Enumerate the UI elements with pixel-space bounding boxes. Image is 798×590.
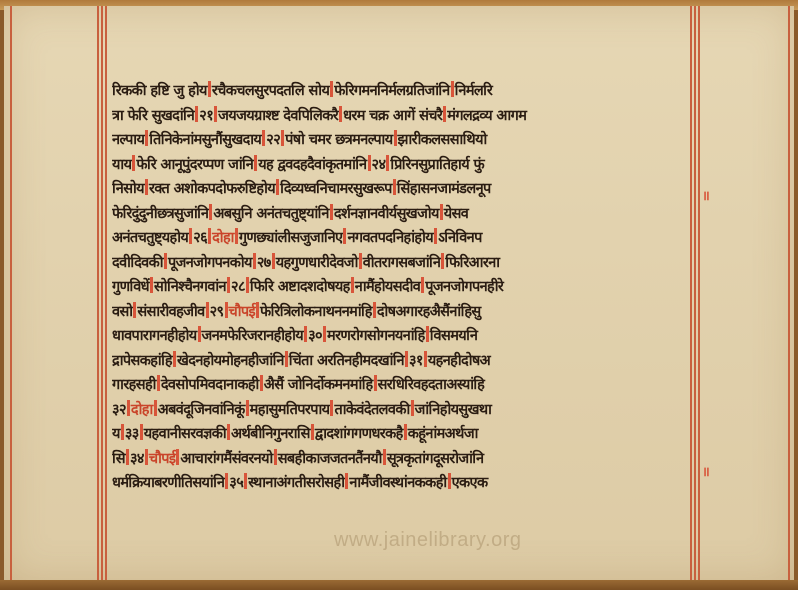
text-segment: नगवतपदनिहांहोय [347,230,433,246]
red-danda-mark [127,400,130,416]
text-segment: नामैंजीवस्थांनककही [349,475,446,491]
text-segment: २९ [210,304,224,320]
text-segment: अनंतचतुष्ट्यहोय [112,230,188,246]
text-segment: २६ [193,230,207,246]
text-segment: अर्थबीनिगुनरासि [231,426,310,442]
left-margin-rule-2 [101,6,103,582]
red-danda-mark [359,253,362,269]
text-segment: सिंहासनजामंडलनूप [397,181,491,197]
red-danda-mark [424,351,427,367]
manuscript-line: नल्पायतिनिकेनांमसुनौंसुखदाय२२पंषो चमर छत… [112,128,702,153]
red-danda-mark [256,302,259,318]
red-danda-mark [330,400,333,416]
manuscript-line: सि३४चौपईआचारांगमैंसंवरनयोसबहीकाजजतनतैंनय… [112,447,702,472]
red-danda-mark [132,155,135,171]
red-danda-mark [208,81,211,97]
red-danda-mark [189,228,192,244]
text-segment: जनमफेरिजरानहीहोय [202,328,304,344]
manuscript-line: दवीदिवकीपूजनजोगपनकोय२७यहगुणधारीदेवजोवीतर… [112,251,702,276]
rubric-heading: दोहा [212,230,234,246]
red-danda-mark [434,228,437,244]
red-danda-mark [225,473,228,489]
manuscript-line: यायफेरि आनूपुंदरप्पण जांनियह द्ववदहदैवां… [112,153,702,178]
red-danda-mark [260,375,263,391]
red-danda-mark [126,449,129,465]
text-segment: य [112,426,120,442]
text-segment: २८ [231,279,245,295]
text-segment: यहनहीदोषअ [428,353,490,369]
text-segment: अबवंदूजिनवांनिकूं [158,402,245,418]
red-danda-mark [448,473,451,489]
text-segment: सबहीकाजजतनतैंनयौ [278,451,382,467]
red-danda-mark [254,155,257,171]
red-danda-mark [209,204,212,220]
red-danda-mark [285,351,288,367]
left-margin-rule-3 [105,6,107,582]
text-segment: द्वादशांगगणधरकहै [315,426,403,442]
red-danda-mark [235,228,238,244]
margin-danda-mark: ॥ [702,462,710,480]
text-segment: फेरिदुंदुनीछत्रसुजांनि [112,206,208,222]
red-danda-mark [411,400,414,416]
red-danda-mark [393,179,396,195]
manuscript-line: य३३यहवानीसरवज्ञकीअर्थबीनिगुनरासिद्वादशां… [112,422,702,447]
manuscript-line: गुणविधेंसोनिश्चैनगवांन२८फिरि अष्टादशदोषय… [112,275,702,300]
text-segment: दोषअगारहअैसैंनांहिसु [377,304,481,320]
text-segment: ताकेवंदेतलवकी [334,402,409,418]
red-danda-mark [383,449,386,465]
red-danda-mark [323,326,326,342]
text-segment: सूत्रकृतांगदूसरोजांनि [387,451,484,467]
text-segment: २२ [266,132,280,148]
manuscript-line: फेरिदुंदुनीछत्रसुजांनिअबसुनि अनंतचतुष्ट्… [112,202,702,227]
left-margin-rule-1 [97,6,99,582]
text-segment: अैसैं जोनिर्दोकमनमांहि [264,377,373,393]
text-segment: एकएक [452,475,488,491]
wooden-surface-bottom [0,580,798,590]
rubric-heading: चौपई [149,451,176,467]
text-segment: येसव [444,206,468,222]
red-danda-mark [451,81,454,97]
text-segment: नल्पाय [112,132,144,148]
text-segment: दिव्यध्वनिचामरसुखरूप [280,181,392,197]
margin-danda-mark: ॥ [702,186,710,204]
text-segment: स्थानाअंगतीसरोसही [248,475,344,491]
red-danda-mark [246,400,249,416]
red-danda-mark [157,375,160,391]
text-segment: संसारीवहजीव [137,304,204,320]
red-danda-mark [441,253,444,269]
red-danda-mark [426,326,429,342]
red-danda-mark [345,473,348,489]
manuscript-line: निसोयरक्त अशोकपदोफरुष्टिहोयदिव्यध्वनिचाम… [112,177,702,202]
red-danda-mark [281,130,284,146]
text-segment: फेरिगमननिर्मलग्रतिजांनि [334,83,449,99]
red-danda-mark [404,424,407,440]
text-segment: प्रिरिनसुप्रातिहार्य फुं [390,157,484,173]
red-danda-mark [246,277,249,293]
red-danda-mark [440,204,443,220]
text-segment: वसो [112,304,132,320]
text-segment: धावपारागनहीहोय [112,328,197,344]
text-segment: गुणविधें [112,279,149,295]
text-segment: निर्मलरि [455,83,493,99]
manuscript-line: धावपारागनहीहोयजनमफेरिजरानहीहोय३०मरणरोगसो… [112,324,702,349]
text-segment: चिंता अरतिनहीमदखांनि [289,353,404,369]
left-edge-rule [10,6,12,582]
text-segment: ऽनिविनप [438,230,482,246]
red-danda-mark [443,106,446,122]
text-segment: याय [112,157,131,173]
manuscript-folio: रिककी हष्टि जु होयरचैकचलसुरपदतलि सोयफेरि… [4,6,794,582]
text-segment: दवीदिवकी [112,255,163,271]
text-segment: यह द्ववदहदैवांकृतमांनि [258,157,366,173]
text-segment: नामैंहोयसदीव [355,279,420,295]
red-danda-mark [262,130,265,146]
manuscript-line: अनंतचतुष्ट्यहोय२६दोहागुणछ्यांलीसजुजानिएन… [112,226,702,251]
text-segment: विसमयनि [430,328,478,344]
text-segment: ३५ [229,475,243,491]
text-segment: सरधिरिवहदताअस्यांहि [378,377,485,393]
manuscript-line: ३२दोहाअबवंदूजिनवांनिकूंमहासुमतिपरपायताके… [112,398,702,423]
text-segment: तिनिकेनांमसुनौंसुखदाय [149,132,261,148]
red-danda-mark [227,277,230,293]
text-segment: आचारांगमैंसंवरनयो [180,451,272,467]
right-edge-rule [788,6,790,582]
red-danda-mark [150,277,153,293]
text-segment: धरम चक्र आगें संचरै [343,108,442,124]
text-segment: ३१ [409,353,423,369]
red-danda-mark [386,155,389,171]
text-segment: ३४ [130,451,144,467]
text-segment: पूजनजोगपनहीरे [425,279,503,295]
manuscript-line: रिककी हष्टि जु होयरचैकचलसुरपदतलि सोयफेरि… [112,79,702,104]
text-segment: ३० [308,328,322,344]
red-danda-mark [304,326,307,342]
text-segment: अबसुनि अनंतचतुष्ट्यांनि [213,206,329,222]
red-danda-mark [176,449,179,465]
text-segment: रिककी हष्टि जु होय [112,83,207,99]
text-segment: पूजनजोगपनकोय [168,255,252,271]
text-segment: २१ [199,108,213,124]
text-segment: मंगलद्रव्य आगम [447,108,526,124]
text-segment: सि [112,451,125,467]
red-danda-mark [311,424,314,440]
text-segment: दर्शनज्ञानवीर्यसुखजोय [334,206,439,222]
text-segment: यहवानीसरवज्ञकी [144,426,226,442]
text-segment: द्रापेसकहांहि [112,353,172,369]
red-danda-mark [351,277,354,293]
red-danda-mark [394,130,397,146]
rubric-heading: चौपई [229,304,256,320]
red-danda-mark [343,228,346,244]
text-segment: निसोय [112,181,144,197]
manuscript-line: धर्मक्रियाबरणीतिसयांनि३५स्थानाअंगतीसरोसह… [112,471,702,496]
text-segment: त्रा फेरि सुखदांनि [112,108,194,124]
red-danda-mark [133,302,136,318]
text-segment: मरणरोगसोगनयनांहि [327,328,425,344]
red-danda-mark [206,302,209,318]
red-danda-mark [374,375,377,391]
red-danda-mark [173,351,176,367]
rubric-heading: दोहा [131,402,153,418]
red-danda-mark [330,81,333,97]
red-danda-mark [145,130,148,146]
red-danda-mark [145,449,148,465]
text-segment: २४ [372,157,386,173]
text-segment: रक्त अशोकपदोफरुष्टिहोय [149,181,275,197]
red-danda-mark [244,473,247,489]
red-danda-mark [330,204,333,220]
manuscript-line: वसोसंसारीवहजीव२९चौपईफेरित्रिलोकनाथननमांह… [112,300,702,325]
red-danda-mark [339,106,342,122]
text-segment: पंषो चमर छत्रमनल्पाय [285,132,392,148]
text-segment: खेदनहोयमोहनहीजांनि [177,353,284,369]
red-danda-mark [225,302,228,318]
text-segment: कहूंनांमअर्थजा [408,426,478,442]
red-danda-mark [373,302,376,318]
text-segment: फिरिआरना [445,255,499,271]
manuscript-line: गारहसहीदेवसोपमिवदानाकहीअैसैं जोनिर्दोकमन… [112,373,702,398]
text-segment: ३३ [125,426,139,442]
red-danda-mark [421,277,424,293]
red-danda-mark [198,326,201,342]
manuscript-line: त्रा फेरि सुखदांनि२१जयजयग्राश्ष्ट देवपिल… [112,104,702,129]
red-danda-mark [368,155,371,171]
red-danda-mark [272,253,275,269]
red-danda-mark [274,449,277,465]
red-danda-mark [227,424,230,440]
red-danda-mark [145,179,148,195]
text-segment: जांनिहोयसुखथा [415,402,492,418]
text-segment: जयजयग्राश्ष्ट देवपिलिकरै [218,108,338,124]
red-danda-mark [154,400,157,416]
red-danda-mark [276,179,279,195]
text-segment: सोनिश्चैनगवांन [154,279,226,295]
watermark: www.jainelibrary.org [334,529,521,552]
text-segment: धर्मक्रियाबरणीतिसयांनि [112,475,224,491]
text-segment: फिरि अष्टादशदोषयह [250,279,350,295]
text-segment: झारीकलससाथियो [398,132,487,148]
text-segment: देवसोपमिवदानाकही [161,377,259,393]
manuscript-text-block: रिककी हष्टि जु होयरचैकचलसुरपदतलि सोयफेरि… [112,79,702,496]
text-segment: गारहसही [112,377,156,393]
text-segment: महासुमतिपरपाय [250,402,330,418]
red-danda-mark [195,106,198,122]
text-segment: गुणछ्यांलीसजुजानिए [239,230,343,246]
text-segment: यहगुणधारीदेवजो [276,255,358,271]
red-danda-mark [253,253,256,269]
text-segment: ३२ [112,402,126,418]
red-danda-mark [140,424,143,440]
red-danda-mark [405,351,408,367]
text-segment: फेरि आनूपुंदरप्पण जांनि [136,157,253,173]
text-segment: २७ [257,255,271,271]
red-danda-mark [214,106,217,122]
manuscript-line: द्रापेसकहांहिखेदनहोयमोहनहीजांनिचिंता अरत… [112,349,702,374]
text-segment: फेरित्रिलोकनाथननमांहि [260,304,372,320]
text-segment: वीतरागसबजांनि [363,255,441,271]
red-danda-mark [164,253,167,269]
red-danda-mark [208,228,211,244]
red-danda-mark [121,424,124,440]
text-segment: रचैकचलसुरपदतलि सोय [212,83,329,99]
